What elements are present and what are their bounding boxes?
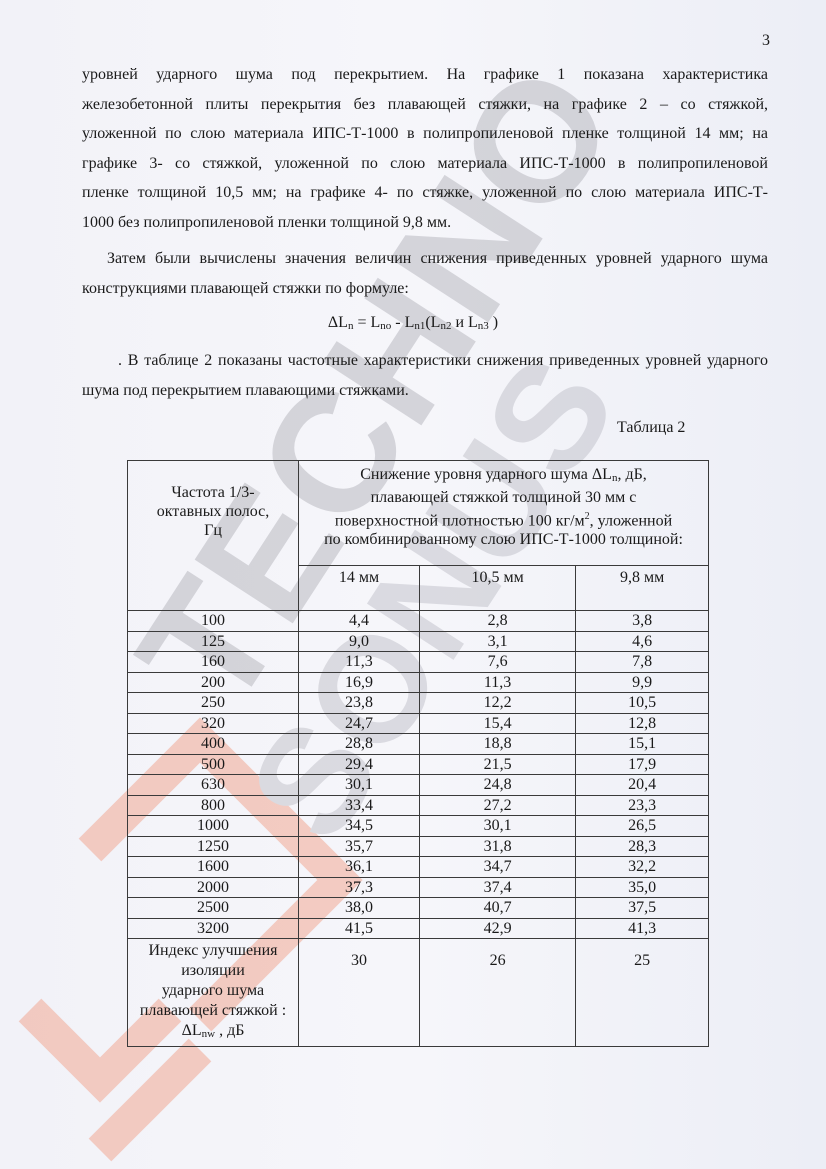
value-cell: 10,5 [576,693,709,714]
table-row: 50029,421,517,9 [128,754,709,775]
table-footer-row: Индекс улучшения изоляции ударного шума … [128,939,709,1047]
value-cell: 11,3 [299,652,420,673]
frequency-cell: 630 [128,775,299,796]
table-row: 160036,134,732,2 [128,857,709,878]
table-row: 63030,124,820,4 [128,775,709,796]
frequency-cell: 100 [128,611,299,632]
value-cell: 23,8 [299,693,420,714]
value-cell: 30,1 [299,775,420,796]
value-cell: 27,2 [420,795,576,816]
text-line: 1000 без полипропиленовой пленки толщино… [82,208,768,238]
index-label: Индекс улучшения изоляции ударного шума … [128,939,299,1047]
frequency-cell: 320 [128,713,299,734]
value-cell: 24,8 [420,775,576,796]
value-cell: 3,8 [576,611,709,632]
value-cell: 41,5 [299,918,420,939]
frequency-cell: 250 [128,693,299,714]
table-row: 100034,530,126,5 [128,816,709,837]
frequency-cell: 800 [128,795,299,816]
value-cell: 38,0 [299,898,420,919]
frequency-cell: 1600 [128,857,299,878]
value-cell: 4,6 [576,631,709,652]
value-cell: 34,7 [420,857,576,878]
frequency-cell: 1250 [128,836,299,857]
value-cell: 7,8 [576,652,709,673]
value-cell: 37,4 [420,877,576,898]
value-cell: 18,8 [420,734,576,755]
table-row: 1259,03,14,6 [128,631,709,652]
frequency-cell: 160 [128,652,299,673]
table-row: 16011,37,67,8 [128,652,709,673]
value-cell: 34,5 [299,816,420,837]
header-frequency: Частота 1/3- октавных полос, Гц [128,461,299,611]
value-cell: 9,0 [299,631,420,652]
column-header: 9,8 мм [576,566,709,611]
table-row: 80033,427,223,3 [128,795,709,816]
table-row: 25023,812,210,5 [128,693,709,714]
value-cell: 37,5 [576,898,709,919]
value-cell: 17,9 [576,754,709,775]
formula: ΔLn = Lno - Ln1(Ln2 и Ln3 ) [0,314,826,332]
value-cell: 28,8 [299,734,420,755]
value-cell: 3,1 [420,631,576,652]
table-caption: Таблица 2 [617,419,685,437]
text-line: уложенной по слою материала ИПС-Т-1000 в… [82,119,768,149]
value-cell: 30,1 [420,816,576,837]
table-row: 1004,42,83,8 [128,611,709,632]
index-value: 30 [299,939,420,1047]
frequency-cell: 2000 [128,877,299,898]
value-cell: 9,9 [576,672,709,693]
index-value: 26 [420,939,576,1047]
value-cell: 28,3 [576,836,709,857]
value-cell: 20,4 [576,775,709,796]
value-cell: 33,4 [299,795,420,816]
paragraph-calculation: Затем были вычислены значения величин сн… [82,244,768,303]
value-cell: 26,5 [576,816,709,837]
document-page: 3 уровней ударного шума под перекрытием.… [0,0,826,1169]
column-header: 14 мм [299,566,420,611]
frequency-cell: 1000 [128,816,299,837]
value-cell: 15,4 [420,713,576,734]
value-cell: 37,3 [299,877,420,898]
table-row: 125035,731,828,3 [128,836,709,857]
value-cell: 21,5 [420,754,576,775]
table-row: 20016,911,39,9 [128,672,709,693]
value-cell: 24,7 [299,713,420,734]
frequency-cell: 125 [128,631,299,652]
text-line: уровней ударного шума под перекрытием. Н… [82,60,768,90]
value-cell: 4,4 [299,611,420,632]
value-cell: 2,8 [420,611,576,632]
value-cell: 35,0 [576,877,709,898]
index-value: 25 [576,939,709,1047]
text-line: железобетонной плиты перекрытия без плав… [82,90,768,120]
table-header-row: Частота 1/3- октавных полос, Гц Снижение… [128,461,709,566]
table-row: 40028,818,815,1 [128,734,709,755]
frequency-cell: 500 [128,754,299,775]
table-row: 320041,542,941,3 [128,918,709,939]
text-line: пленке толщиной 10,5 мм; на графике 4- п… [82,178,768,208]
value-cell: 32,2 [576,857,709,878]
frequency-cell: 3200 [128,918,299,939]
table-row: 32024,715,412,8 [128,713,709,734]
frequency-cell: 200 [128,672,299,693]
value-cell: 35,7 [299,836,420,857]
frequency-cell: 2500 [128,898,299,919]
value-cell: 29,4 [299,754,420,775]
value-cell: 31,8 [420,836,576,857]
value-cell: 7,6 [420,652,576,673]
value-cell: 11,3 [420,672,576,693]
page-number: 3 [762,32,770,50]
value-cell: 15,1 [576,734,709,755]
paragraph-table-intro: . В таблице 2 показаны частотные характе… [82,346,768,405]
table-row: 200037,337,435,0 [128,877,709,898]
value-cell: 40,7 [420,898,576,919]
column-header: 10,5 мм [420,566,576,611]
data-table: Частота 1/3- октавных полос, Гц Снижение… [127,460,709,1047]
value-cell: 36,1 [299,857,420,878]
value-cell: 23,3 [576,795,709,816]
text-line: графике 3- со стяжкой, уложенной по слою… [82,149,768,179]
value-cell: 12,8 [576,713,709,734]
paragraph-graphs-description: уровней ударного шума под перекрытием. Н… [82,60,768,237]
header-noise-reduction: Снижение уровня ударного шума ΔLn, дБ, п… [299,461,709,566]
value-cell: 41,3 [576,918,709,939]
frequency-cell: 400 [128,734,299,755]
value-cell: 16,9 [299,672,420,693]
value-cell: 12,2 [420,693,576,714]
table-row: 250038,040,737,5 [128,898,709,919]
value-cell: 42,9 [420,918,576,939]
